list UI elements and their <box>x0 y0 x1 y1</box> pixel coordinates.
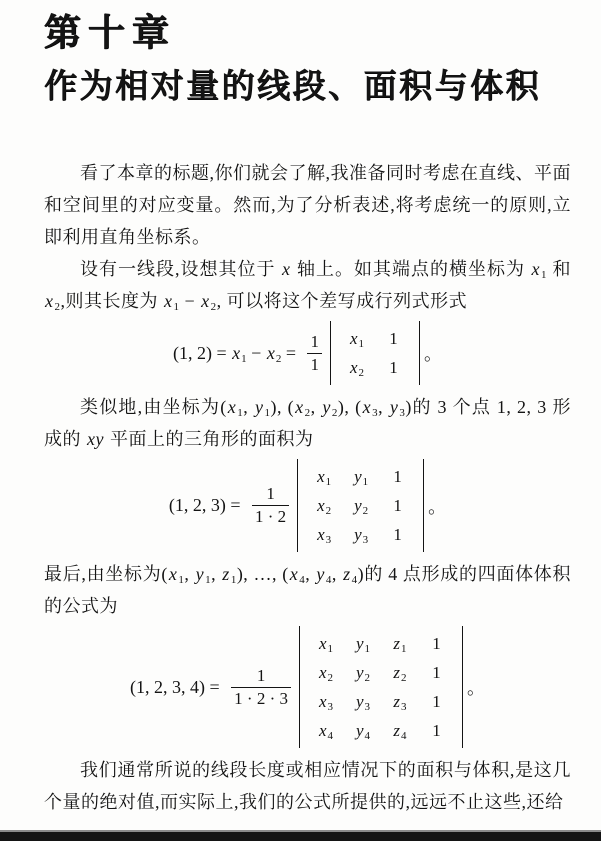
paragraph-absolute-values: 我们通常所说的线段长度或相应情况下的面积与体积,是这几个量的绝对值,而实际上,我… <box>44 754 571 818</box>
fraction: 1 1 <box>307 331 322 376</box>
chapter-title: 作为相对量的线段、面积与体积 <box>44 65 571 107</box>
formula-full-stop: 。 <box>467 674 485 700</box>
page-bottom-edge-bar <box>0 830 601 841</box>
fraction-denominator: 1 <box>307 353 322 376</box>
paragraph-intro: 看了本章的标题,你们就会了解,我准备同时考虑在直线、平面和空间里的对应变量。然而… <box>44 157 571 253</box>
fraction-denominator: 1 · 2 · 3 <box>231 687 291 710</box>
paragraph-triangle-area: 类似地,由坐标为(x1, y1), (x2, y2), (x3, y3)的 3 … <box>44 391 571 455</box>
fraction: 1 1 · 2 · 3 <box>231 665 291 710</box>
determinant-matrix: x1y11x2y21x3y31 <box>297 459 424 552</box>
fraction-denominator: 1 · 2 <box>252 505 289 528</box>
formula-lhs: (1, 2, 3, 4) = <box>130 677 224 698</box>
formula-segment-determinant: (1, 2) = x1 − x2 = 1 1 x11x21 。 <box>44 321 571 385</box>
book-page: 第十章 作为相对量的线段、面积与体积 看了本章的标题,你们就会了解,我准备同时考… <box>0 0 601 841</box>
fraction: 1 1 · 2 <box>252 483 289 528</box>
fraction-numerator: 1 <box>310 331 319 353</box>
formula-tetrahedron-determinant: (1, 2, 3, 4) = 1 1 · 2 · 3 x1y1z11x2y2z2… <box>44 626 571 748</box>
determinant-matrix: x11x21 <box>330 321 420 385</box>
formula-triangle-determinant: (1, 2, 3) = 1 1 · 2 x1y11x2y21x3y31 。 <box>44 459 571 552</box>
paragraph-tetrahedron-volume: 最后,由坐标为(x1, y1, z1), …, (x4, y4, z4)的 4 … <box>44 558 571 622</box>
paragraph-segment-length: 设有一线段,设想其位于 x 轴上。如其端点的横坐标为 x1 和x2,则其长度为 … <box>44 253 571 317</box>
formula-lhs: (1, 2) = x1 − x2 = <box>173 343 300 364</box>
determinant-matrix: x1y1z11x2y2z21x3y3z31x4y4z41 <box>299 626 463 748</box>
formula-lhs: (1, 2, 3) = <box>169 495 245 516</box>
chapter-number-heading: 第十章 <box>44 10 571 56</box>
formula-full-stop: 。 <box>424 340 442 366</box>
body-text: 看了本章的标题,你们就会了解,我准备同时考虑在直线、平面和空间里的对应变量。然而… <box>44 157 571 818</box>
formula-full-stop: 。 <box>428 493 446 519</box>
fraction-numerator: 1 <box>257 665 266 687</box>
fraction-numerator: 1 <box>266 483 275 505</box>
